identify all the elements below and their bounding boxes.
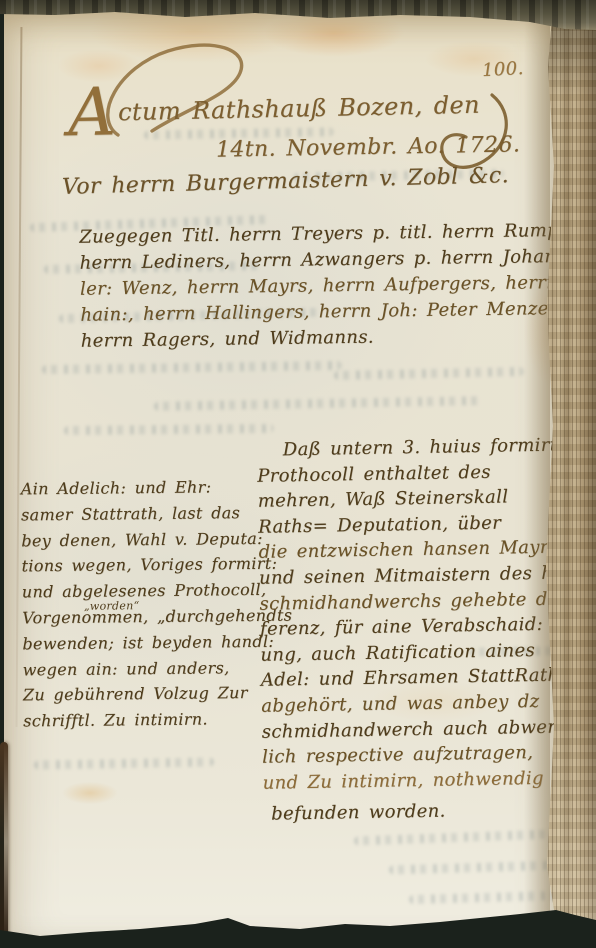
attendance-paragraph: Zuegegen Titl. herrn Treyers p. titl. he… [79, 217, 596, 354]
manuscript-page: 100. Actum Rathshauß Bozen, den 14tn. No… [4, 11, 564, 948]
bleedthrough-line [64, 424, 274, 435]
page-edge-shadow [524, 10, 550, 930]
manuscript-line: bey denen, Wahl v. Deputa: [21, 525, 291, 554]
heading-presiding-line: Vor herrn Burgermaistern v. Zobl &c. [62, 163, 510, 200]
manuscript-line: Zu gebührend Volzug Zur [23, 680, 293, 709]
bleedthrough-line [42, 361, 342, 374]
manuscript-line: schrifftl. Zu intimirn. [23, 706, 293, 735]
manuscript-line: Ain Adelich: und Ehr: [21, 474, 291, 503]
bleedthrough-line [154, 396, 484, 411]
heading-line-1: Actum Rathshauß Bozen, den [68, 91, 480, 128]
heading-initial: A [67, 73, 117, 151]
manuscript-line: wegen ain: und anders, [23, 654, 293, 683]
manuscript-line: Vorgenommen, „durchgehendts [22, 603, 292, 632]
manuscript-line: tions wegen, Voriges formirt: [21, 551, 291, 580]
manuscript-line: samer Stattrath, last das [21, 499, 291, 528]
interlinear-insertion: „worden“ [84, 593, 140, 619]
binding-edge [0, 742, 8, 942]
manuscript-line: und abgelesenes Prothocoll, [22, 577, 292, 606]
heading-text: ctum Rathshauß Bozen, den [118, 91, 480, 127]
manuscript-line: bewenden; ist beyden handl: [22, 628, 292, 657]
bleedthrough-line [334, 367, 524, 380]
bleedthrough-line [34, 757, 214, 769]
heading-date-line: 14tn. Novembr. Ao. 1726. [216, 132, 521, 162]
page-number: 100. [481, 58, 524, 81]
margin-note: Ain Adelich: und Ehr: samer Stattrath, l… [21, 474, 294, 735]
